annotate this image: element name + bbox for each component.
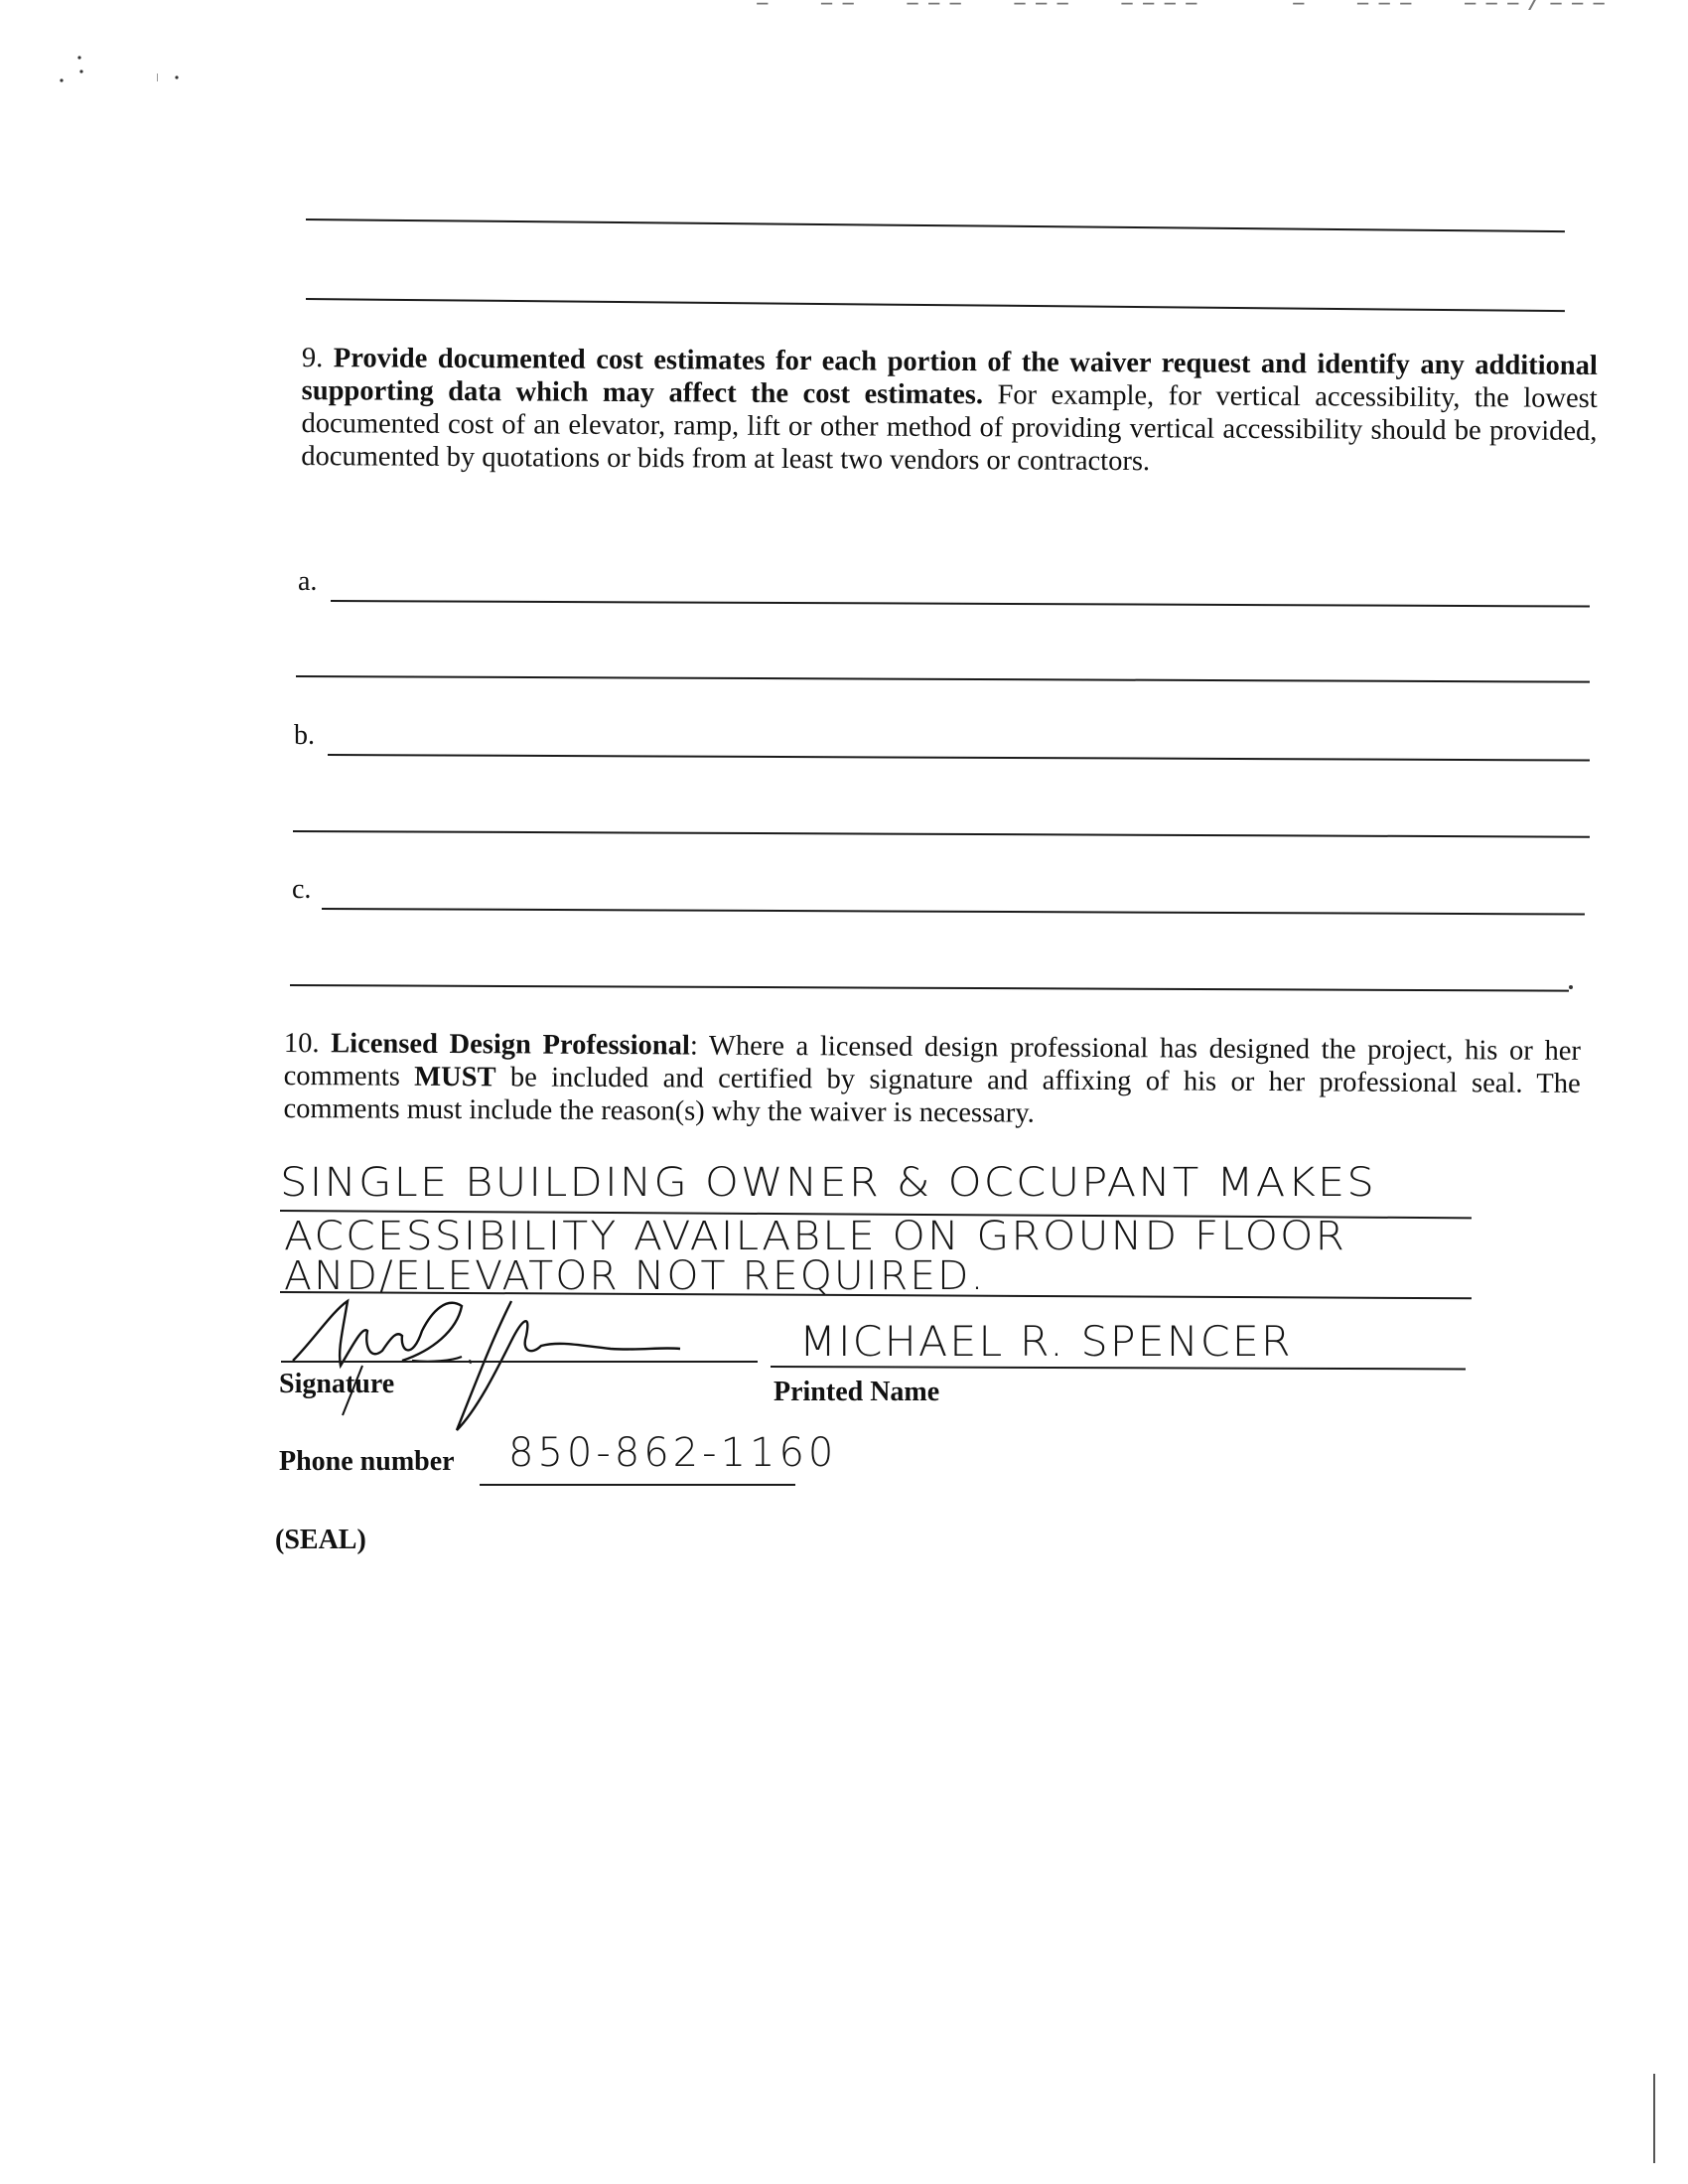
- item-9b-line-1[interactable]: [328, 754, 1590, 762]
- fax-header: – –– ––– ––– –––– – ––– –––/––– – –––: [755, 0, 1648, 34]
- item-10-number: 10.: [284, 1028, 320, 1059]
- item-9a-label: a.: [298, 566, 317, 598]
- printed-name-label: Printed Name: [774, 1377, 939, 1408]
- item-9-number: 9.: [302, 343, 324, 373]
- signature-scribble: [283, 1291, 799, 1440]
- item-10-paragraph: 10. Licensed Design Professional: Where …: [283, 1027, 1581, 1133]
- phone-number-line[interactable]: [480, 1484, 795, 1486]
- item-9a-line-1[interactable]: [331, 600, 1590, 608]
- phone-number-label: Phone number: [279, 1446, 455, 1478]
- signature-label: Signature: [279, 1369, 394, 1400]
- answer-line-prev-2[interactable]: [306, 298, 1565, 312]
- item-9c-line-1[interactable]: [322, 908, 1585, 916]
- scan-edge-mark: [1653, 2074, 1655, 2163]
- item-9b-line-2[interactable]: [293, 830, 1590, 838]
- item-9c-line-2[interactable]: [290, 984, 1569, 992]
- fax-header-left: – –– ––– ––– ––––: [755, 0, 1205, 14]
- item-9b-label: b.: [294, 720, 315, 752]
- printed-name-line[interactable]: [771, 1366, 1466, 1370]
- seal-label: (SEAL): [275, 1525, 366, 1556]
- fax-header-right: – ––– –––/––– – –––: [1291, 0, 1648, 14]
- handwritten-comment-line-1: SINGLE BUILDING OWNER & OCCUPANT MAKES: [280, 1160, 1376, 1206]
- item-9a-line-2[interactable]: [296, 675, 1590, 683]
- item-10-bold-text: Licensed Design Professional: [331, 1028, 690, 1061]
- item-10-emphasis: MUST: [414, 1062, 496, 1093]
- signature-line[interactable]: [281, 1361, 758, 1363]
- end-period: [1569, 985, 1573, 989]
- printed-name-value: MICHAEL R. SPENCER: [799, 1317, 1293, 1366]
- item-9c-label: c.: [292, 874, 311, 906]
- item-9-paragraph: 9. Provide documented cost estimates for…: [301, 342, 1598, 481]
- scan-specks: [50, 48, 189, 97]
- phone-number-value: 850-862-1160: [508, 1430, 837, 1476]
- answer-line-prev-1[interactable]: [306, 218, 1565, 232]
